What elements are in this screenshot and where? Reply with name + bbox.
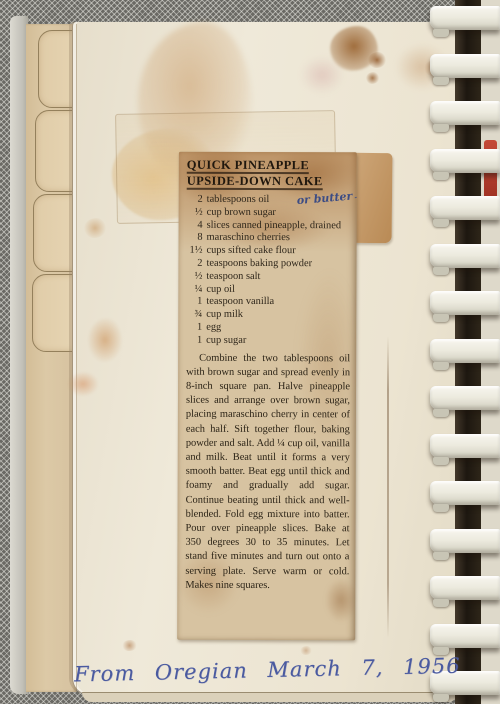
ingredient-text: teaspoon vanilla xyxy=(206,296,350,309)
recipe-title-line2: UPSIDE-DOWN CAKE xyxy=(187,174,323,190)
ingredient-text: cup oil xyxy=(206,283,350,296)
ingredient-list: 2tablespoons oil½cup brown sugar4slices … xyxy=(186,194,351,348)
binding-loop xyxy=(430,386,500,410)
recipe-instructions: Combine the two tablespoons oil with bro… xyxy=(185,351,350,593)
page-crease xyxy=(387,336,389,638)
ingredient-quantity: 1 xyxy=(186,334,202,347)
ingredient-row: 8maraschino cherries xyxy=(187,232,351,245)
ingredient-text: maraschino cherries xyxy=(207,232,351,245)
ingredient-text: cup brown sugar xyxy=(207,207,351,220)
ingredient-quantity: 2 xyxy=(187,194,203,207)
ingredient-row: 2teaspoons baking powder xyxy=(186,258,350,271)
ingredient-text: cups sifted cake flour xyxy=(206,245,350,258)
binding-loop xyxy=(430,624,500,648)
binding-loop xyxy=(430,529,500,553)
ingredient-text: egg xyxy=(206,322,350,335)
binding-loop xyxy=(430,54,500,78)
ingredient-row: ¾cup milk xyxy=(186,309,350,322)
ingredient-quantity: 1 xyxy=(186,296,202,309)
ingredient-quantity: 2 xyxy=(186,258,202,271)
ingredient-row: ½teaspoon salt xyxy=(186,270,350,283)
binding-loop xyxy=(430,339,500,363)
ingredient-quantity: 1 xyxy=(186,322,202,335)
ingredient-quantity: 4 xyxy=(187,219,203,232)
ingredient-quantity: ¾ xyxy=(186,309,202,322)
binding-loop xyxy=(430,481,500,505)
ingredient-quantity: ½ xyxy=(187,207,203,220)
ingredient-quantity: ¼ xyxy=(186,283,202,296)
page-edge-line xyxy=(76,24,77,692)
clipping-content: QUICK PINEAPPLE UPSIDE-DOWN CAKE 2tables… xyxy=(177,152,357,598)
ingredient-row: ¼cup oil xyxy=(186,283,350,296)
binding-loop xyxy=(430,434,500,458)
binding-loop xyxy=(430,196,500,220)
recipe-clipping: or butter QUICK PINEAPPLE UPSIDE-DOWN CA… xyxy=(177,152,357,641)
ingredient-row: 1egg xyxy=(186,322,350,335)
ingredient-row: 1½cups sifted cake flour xyxy=(186,245,350,258)
binding-loop xyxy=(430,244,500,268)
ingredient-text: teaspoon salt xyxy=(206,271,350,284)
binding-loop xyxy=(430,149,500,173)
pen-stroke xyxy=(354,194,357,198)
ingredient-row: 1teaspoon vanilla xyxy=(186,296,350,309)
clipping-torn-corner xyxy=(354,153,393,243)
binding-loop xyxy=(430,6,500,30)
ingredient-row: 1cup sugar xyxy=(186,334,350,347)
binding-loop xyxy=(430,291,500,315)
ingredient-text: cup milk xyxy=(206,309,350,322)
ingredient-row: ½cup brown sugar xyxy=(187,207,351,220)
ingredient-row: 4slices canned pineapple, drained xyxy=(187,219,351,232)
underlying-page-edge xyxy=(82,692,458,702)
scrapbook-photo: { "clipping": { "title_line1": "QUICK PI… xyxy=(0,0,500,704)
ingredient-quantity: 1½ xyxy=(186,245,202,258)
recipe-title-line1: QUICK PINEAPPLE xyxy=(187,158,309,174)
binding-loop xyxy=(430,101,500,125)
ingredient-quantity: ½ xyxy=(186,270,202,283)
ingredient-quantity: 8 xyxy=(187,232,203,245)
binding-loop xyxy=(430,576,500,600)
ingredient-text: teaspoons baking powder xyxy=(206,258,350,271)
ingredient-text: slices canned pineapple, drained xyxy=(207,219,351,232)
ingredient-text: cup sugar xyxy=(206,335,350,348)
